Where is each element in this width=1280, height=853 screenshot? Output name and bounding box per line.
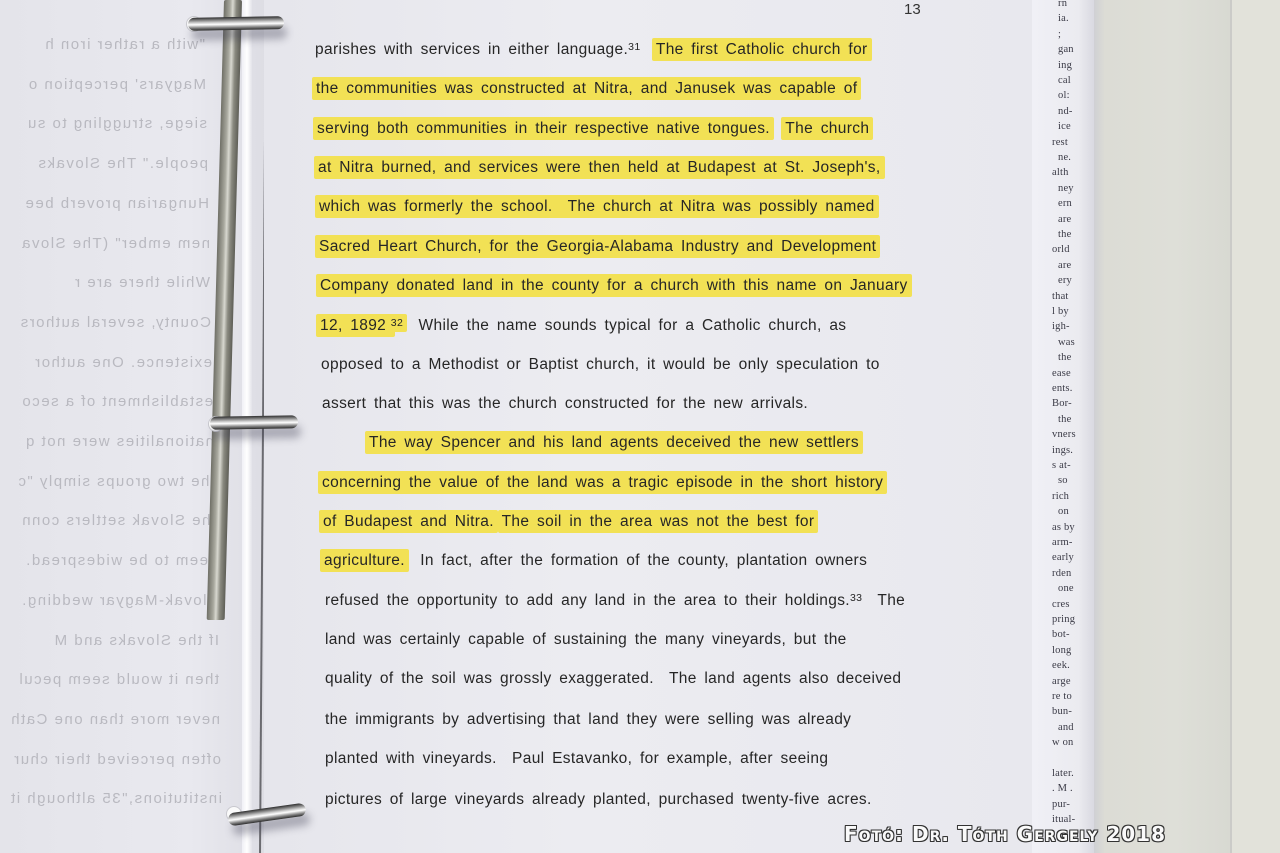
text-line: pictures of large vineyards already plan… <box>325 791 872 809</box>
highlighted-text: The church <box>781 117 873 140</box>
next-page-text-fragment: pring <box>1052 614 1075 625</box>
bleed-through-text-line: institutions,"35 although it <box>0 790 222 807</box>
background-surface <box>1232 0 1280 853</box>
next-page-text-fragment: nd- <box>1058 106 1073 117</box>
next-page-text-fragment: bun- <box>1052 706 1072 717</box>
highlighted-text: at Nitra burned, and services were then … <box>314 156 885 179</box>
text-segment: opposed to a Methodist or Baptist church… <box>321 356 880 373</box>
text-line: parishes with services in either languag… <box>315 41 868 59</box>
next-page-text-fragment: the <box>1058 414 1071 425</box>
text-line: Company donated land in the county for a… <box>320 277 908 295</box>
text-line: assert that this was the church construc… <box>322 395 808 413</box>
next-page-text-fragment: w on <box>1052 737 1074 748</box>
next-page-text-fragment: re to <box>1052 691 1072 702</box>
bleed-through-text-line: people." The Slovaks <box>0 155 208 172</box>
text-line: at Nitra burned, and services were then … <box>318 159 881 177</box>
highlighted-text: Company donated land in the county for a… <box>316 274 912 297</box>
next-page-text-fragment: are <box>1058 214 1071 225</box>
text-segment: quality of the soil was grossly exaggera… <box>325 670 901 687</box>
next-page-text-fragment: ol: <box>1058 90 1070 101</box>
next-page-text-fragment: ings. <box>1052 445 1073 456</box>
text-line: of Budapest and Nitra. The soil in the a… <box>323 513 814 531</box>
text-line: the communities was constructed at Nitra… <box>316 80 857 98</box>
next-page-text-fragment: s at- <box>1052 460 1071 471</box>
next-page-text-fragment: arm- <box>1052 537 1073 548</box>
footnote-marker: 31 <box>628 41 640 53</box>
next-page-text-fragment: ia. <box>1058 13 1069 24</box>
next-page-text-fragment: the <box>1058 352 1071 363</box>
text-line: the immigrants by advertising that land … <box>325 711 851 729</box>
next-page-text-fragment: ice <box>1058 121 1071 132</box>
next-page-text-fragment: ery <box>1058 275 1072 286</box>
highlighted-text: the communities was constructed at Nitra… <box>312 77 861 100</box>
next-page-text-fragment: ; <box>1058 29 1061 40</box>
bleed-through-text-line: seem to be widespread. <box>0 552 217 569</box>
binder-ring-middle <box>210 415 298 430</box>
highlighted-text: The way Spencer and his land agents dece… <box>365 431 863 454</box>
text-segment: refused the opportunity to add any land … <box>325 592 850 609</box>
next-page-text-fragment: eek. <box>1052 660 1070 671</box>
text-line: agriculture. In fact, after the formatio… <box>324 552 867 570</box>
bleed-through-text-line: nationalities were not q <box>0 433 214 450</box>
bleed-through-text-line: establishment of a seco <box>0 393 213 410</box>
bleed-through-text-line: then it would seem pecul <box>0 671 219 688</box>
next-page-text-fragment: as by <box>1052 522 1075 533</box>
highlighted-text: concerning the value of the land was a t… <box>318 471 887 494</box>
next-page-text-fragment: one <box>1058 583 1074 594</box>
bleed-through-text-line: often perceived their chur <box>0 751 221 768</box>
text-segment: planted with vineyards. Paul Estavanko, … <box>325 750 828 767</box>
next-page-text-fragment: . M . <box>1052 783 1073 794</box>
next-page-text-fragment: ease <box>1052 368 1071 379</box>
text-line: 12, 1892.32 While the name sounds typica… <box>320 317 846 335</box>
text-segment: the immigrants by advertising that land … <box>325 711 851 728</box>
text-line: serving both communities in their respec… <box>317 120 869 138</box>
bleed-through-text-line: While there are r <box>0 274 210 291</box>
next-page-text-fragment: l by <box>1052 306 1069 317</box>
bleed-through-text-line: If the Slovaks and M <box>0 632 219 649</box>
text-segment: The <box>862 592 905 609</box>
next-page-text-fragment: on <box>1058 506 1069 517</box>
next-page-text-fragment: cres <box>1052 599 1070 610</box>
text-line: quality of the soil was grossly exaggera… <box>325 670 901 688</box>
text-segment: assert that this was the church construc… <box>322 395 808 412</box>
text-segment: In fact, after the formation of the coun… <box>405 552 867 569</box>
photo-credit-watermark: Fotó: Dr. Tóth Gergely 2018 <box>844 822 1166 846</box>
next-page-text-fragment: and <box>1058 722 1074 733</box>
next-page-text-fragment: rden <box>1052 568 1071 579</box>
bleed-through-text-line: never more than one Cath <box>0 711 220 728</box>
plastic-sleeve <box>1094 0 1232 853</box>
next-page-text-fragment: that <box>1052 291 1069 302</box>
next-page-text-fragment: ern <box>1058 198 1072 209</box>
next-page-text-fragment: Bor- <box>1052 398 1072 409</box>
next-page-text-fragment: later. <box>1052 768 1074 779</box>
next-page-text-fragment: so <box>1058 475 1068 486</box>
text-line: The way Spencer and his land agents dece… <box>369 434 859 452</box>
next-page-strip: rnia.;ganingcalol:nd-icerestne.althneyer… <box>1032 0 1095 853</box>
next-page-text-fragment: rest <box>1052 137 1068 148</box>
footnote-marker: 33 <box>850 592 862 604</box>
text-line: which was formerly the school. The churc… <box>319 198 875 216</box>
text-segment: land was certainly capable of sustaining… <box>325 631 847 648</box>
next-page-text-fragment: ents. <box>1052 383 1073 394</box>
bleed-through-text-line: the two groups simply "c <box>0 473 215 490</box>
highlighted-text: agriculture. <box>320 549 409 572</box>
text-line: concerning the value of the land was a t… <box>322 474 883 492</box>
next-page-text-fragment: early <box>1052 552 1074 563</box>
text-segment: pictures of large vineyards already plan… <box>325 791 872 808</box>
bleed-through-text-line: siege, struggling to su <box>0 115 207 132</box>
next-page-text-fragment: was <box>1058 337 1075 348</box>
highlighted-text: The soil in the area was not the best fo… <box>498 510 819 533</box>
next-page-text-fragment: orld <box>1052 244 1070 255</box>
next-page-text-fragment: the <box>1058 229 1071 240</box>
next-page-text-fragment: ney <box>1058 183 1074 194</box>
text-line: opposed to a Methodist or Baptist church… <box>321 356 880 374</box>
next-page-text-fragment: cal <box>1058 75 1071 86</box>
bleed-through-text-line: Slovak-Magyar wedding. <box>0 592 218 609</box>
next-page-text-fragment: rn <box>1058 0 1067 9</box>
next-page-text-fragment: rich <box>1052 491 1069 502</box>
highlighted-text: Sacred Heart Church, for the Georgia-Ala… <box>315 235 880 258</box>
bleed-through-text-line: existence. One author <box>0 354 212 371</box>
next-page-text-fragment: long <box>1052 645 1071 656</box>
highlighted-text: which was formerly the school. The churc… <box>315 195 879 218</box>
next-page-text-fragment: pur- <box>1052 799 1070 810</box>
highlighted-text: 12, 1892. <box>316 314 395 337</box>
binder-ring-top <box>188 16 284 31</box>
text-segment: While the name sounds typical for a Cath… <box>403 317 846 334</box>
bleed-through-text-line: "with a rather iron h <box>0 36 205 53</box>
next-page-text-fragment: vners <box>1052 429 1076 440</box>
next-page-text-fragment: ne. <box>1058 152 1071 163</box>
bleed-through-text-line: Magyars' perception o <box>0 76 206 93</box>
next-page-text-fragment: are <box>1058 260 1071 271</box>
text-line: Sacred Heart Church, for the Georgia-Ala… <box>319 238 876 256</box>
bleed-through-text-line: County, several authors <box>0 314 211 331</box>
text-line: refused the opportunity to add any land … <box>325 592 905 610</box>
text-segment: parishes with services in either languag… <box>315 41 628 58</box>
next-page-text-fragment: ing <box>1058 60 1072 71</box>
next-page-text-fragment: igh- <box>1052 321 1070 332</box>
next-page-text-fragment: gan <box>1058 44 1074 55</box>
highlighted-text: The first Catholic church for <box>652 38 872 61</box>
next-page-text-fragment: arge <box>1052 676 1071 687</box>
text-line: planted with vineyards. Paul Estavanko, … <box>325 750 828 768</box>
text-line: land was certainly capable of sustaining… <box>325 631 847 649</box>
bleed-through-text-line: nem ember" (The Slova <box>0 235 210 252</box>
page-number: 13 <box>904 1 921 18</box>
highlighted-text: serving both communities in their respec… <box>313 117 774 140</box>
next-page-text-fragment: bot- <box>1052 629 1070 640</box>
next-page-text-fragment: alth <box>1052 167 1069 178</box>
highlighted-text: of Budapest and Nitra. <box>319 510 498 533</box>
bleed-through-text-line: the Slovak settlers conn <box>0 512 216 529</box>
bleed-through-text-line: Hungarian proverb bee <box>0 195 209 212</box>
